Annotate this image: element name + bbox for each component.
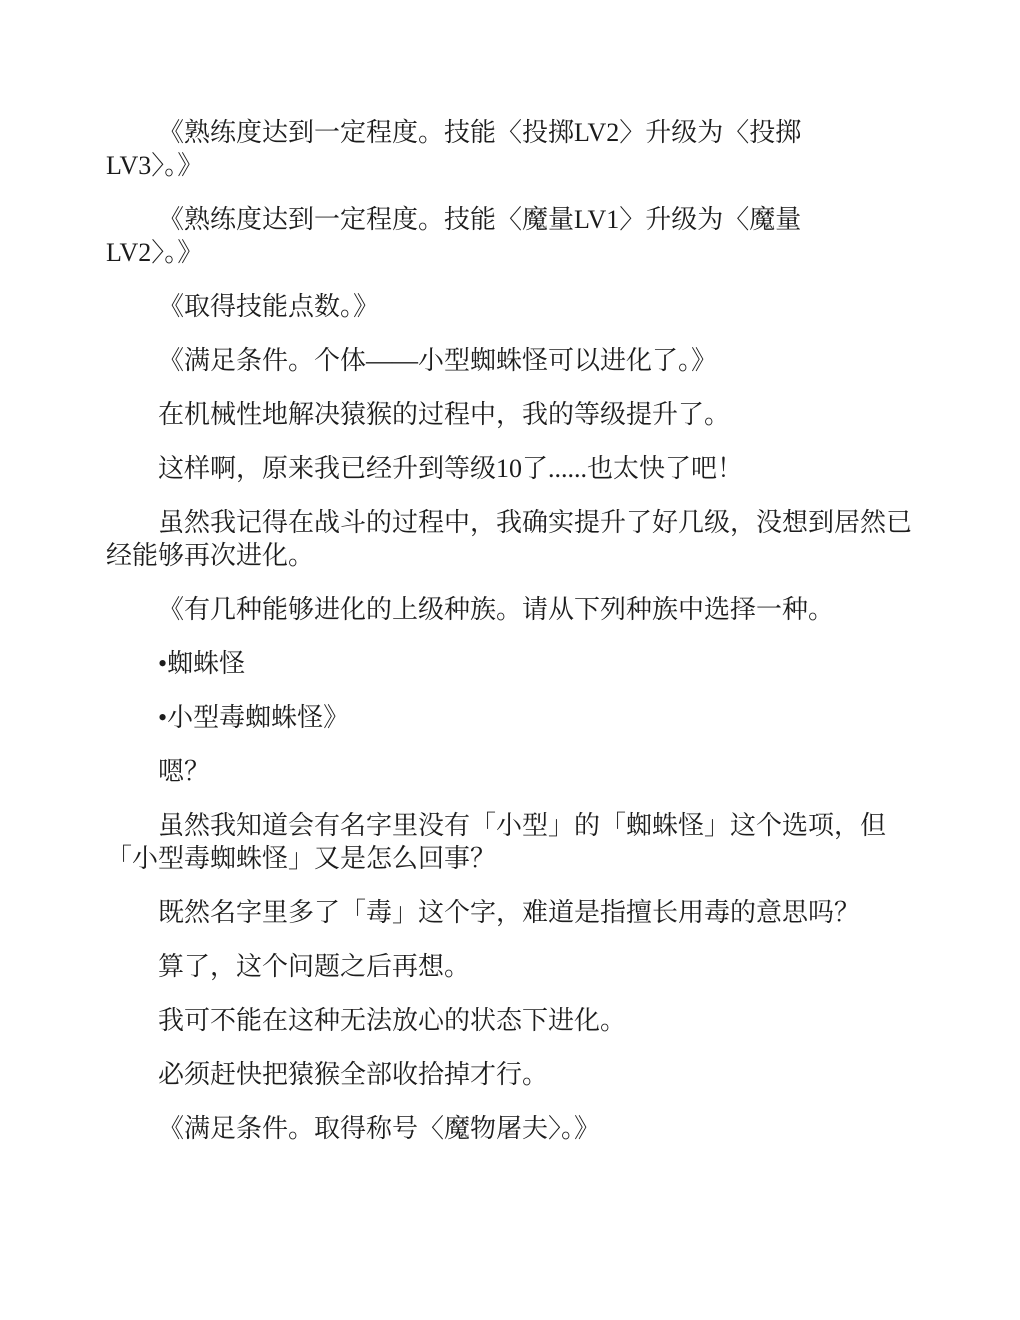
paragraph: 我可不能在这种无法放心的状态下进化。 bbox=[106, 1004, 920, 1037]
paragraph: 在机械性地解决猿猴的过程中，我的等级提升了。 bbox=[106, 398, 920, 431]
paragraph: 虽然我知道会有名字里没有「小型」的「蜘蛛怪」这个选项，但 「小型毒蜘蛛怪」又是怎… bbox=[106, 809, 920, 875]
paragraph: 《满足条件。取得称号〈魔物屠夫〉。》 bbox=[106, 1112, 920, 1145]
list-item-evolution-option: •小型毒蜘蛛怪》 bbox=[106, 701, 920, 734]
paragraph: 算了，这个问题之后再想。 bbox=[106, 950, 920, 983]
paragraph: 嗯？ bbox=[106, 755, 920, 788]
paragraph: 《满足条件。个体——小型蜘蛛怪可以进化了。》 bbox=[106, 344, 920, 377]
paragraph: 这样啊，原来我已经升到等级10了......也太快了吧！ bbox=[106, 452, 920, 485]
paragraph: 《有几种能够进化的上级种族。请从下列种族中选择一种。 bbox=[106, 593, 920, 626]
paragraph: 《取得技能点数。》 bbox=[106, 290, 920, 323]
paragraph: 虽然我记得在战斗的过程中，我确实提升了好几级，没想到居然已 经能够再次进化。 bbox=[106, 506, 920, 572]
paragraph: 《熟练度达到一定程度。技能〈投掷LV2〉升级为〈投掷 LV3〉。》 bbox=[106, 116, 920, 182]
document-page: 《熟练度达到一定程度。技能〈投掷LV2〉升级为〈投掷 LV3〉。》 《熟练度达到… bbox=[0, 0, 1020, 1320]
paragraph: 既然名字里多了「毒」这个字，难道是指擅长用毒的意思吗？ bbox=[106, 896, 920, 929]
list-item-evolution-option: •蜘蛛怪 bbox=[106, 647, 920, 680]
paragraph: 必须赶快把猿猴全部收拾掉才行。 bbox=[106, 1058, 920, 1091]
paragraph: 《熟练度达到一定程度。技能〈魔量LV1〉升级为〈魔量 LV2〉。》 bbox=[106, 203, 920, 269]
